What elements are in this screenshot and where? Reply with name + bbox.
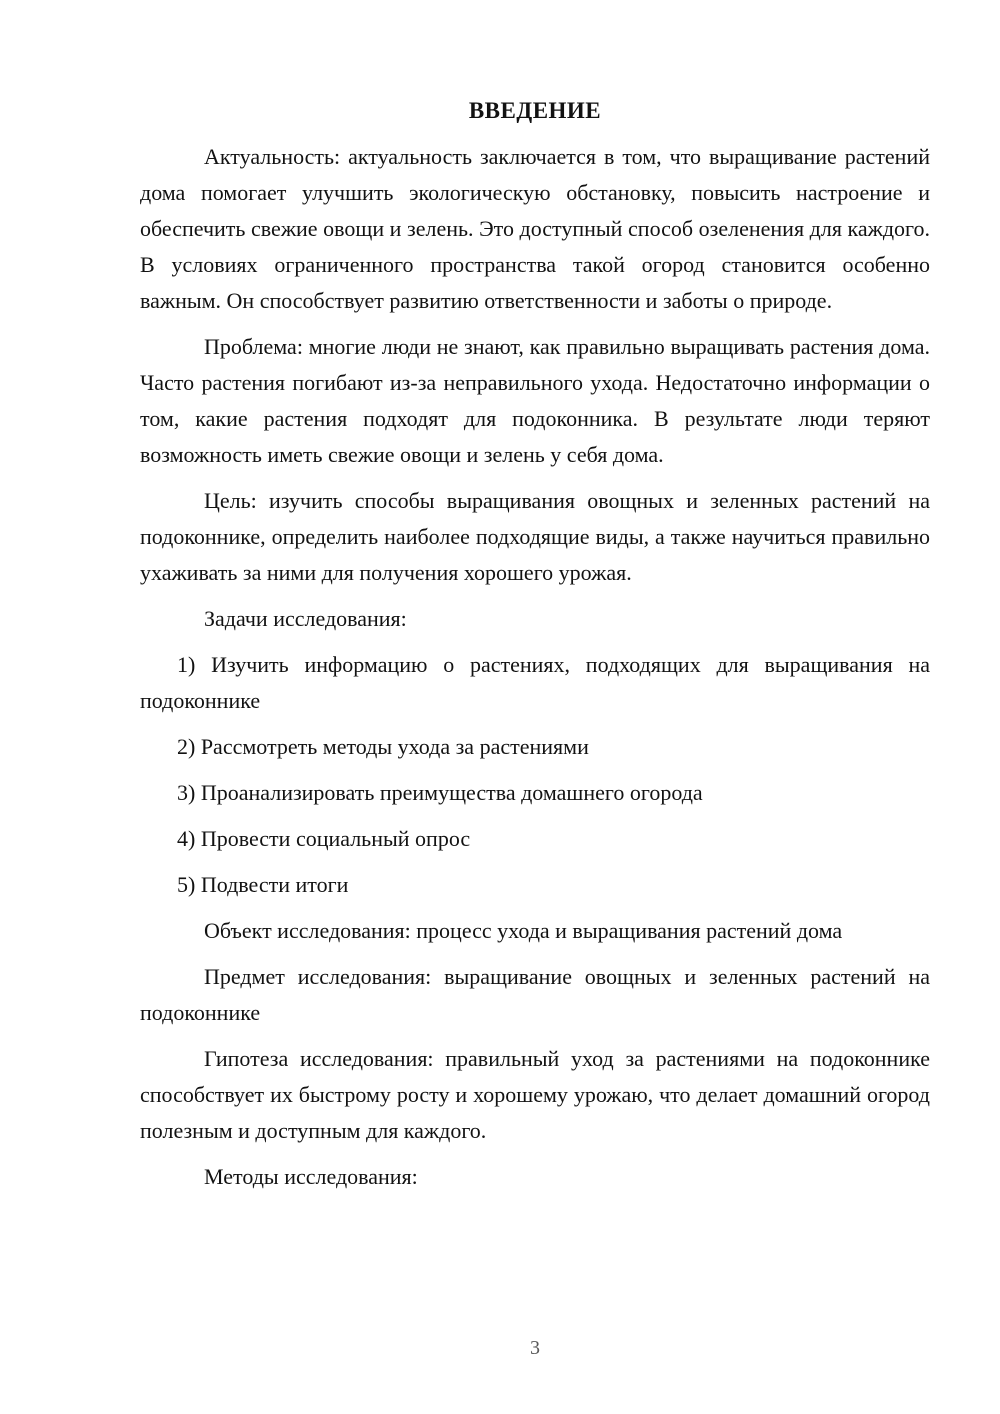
paragraph-goal: Цель: изучить способы выращивания овощны…: [140, 483, 930, 591]
task-list-item: 3) Проанализировать преимущества домашне…: [140, 775, 930, 811]
paragraph-object: Объект исследования: процесс ухода и выр…: [140, 913, 930, 949]
task-list-item: 2) Рассмотреть методы ухода за растениям…: [140, 729, 930, 765]
page-number: 3: [140, 1336, 930, 1360]
task-list-item: 5) Подвести итоги: [140, 867, 930, 903]
paragraph-problem: Проблема: многие люди не знают, как прав…: [140, 329, 930, 473]
task-list-item: 1) Изучить информацию о растениях, подхо…: [140, 647, 930, 719]
paragraph-subject: Предмет исследования: выращивание овощны…: [140, 959, 930, 1031]
paragraph-methods-heading: Методы исследования:: [140, 1159, 930, 1195]
section-title: ВВЕДЕНИЕ: [140, 93, 930, 129]
paragraph-hypothesis: Гипотеза исследования: правильный уход з…: [140, 1041, 930, 1149]
paragraph-tasks-heading: Задачи исследования:: [140, 601, 930, 637]
paragraph-relevance: Актуальность: актуальность заключается в…: [140, 139, 930, 319]
document-page: ВВЕДЕНИЕ Актуальность: актуальность закл…: [0, 0, 1000, 1414]
task-list-item: 4) Провести социальный опрос: [140, 821, 930, 857]
